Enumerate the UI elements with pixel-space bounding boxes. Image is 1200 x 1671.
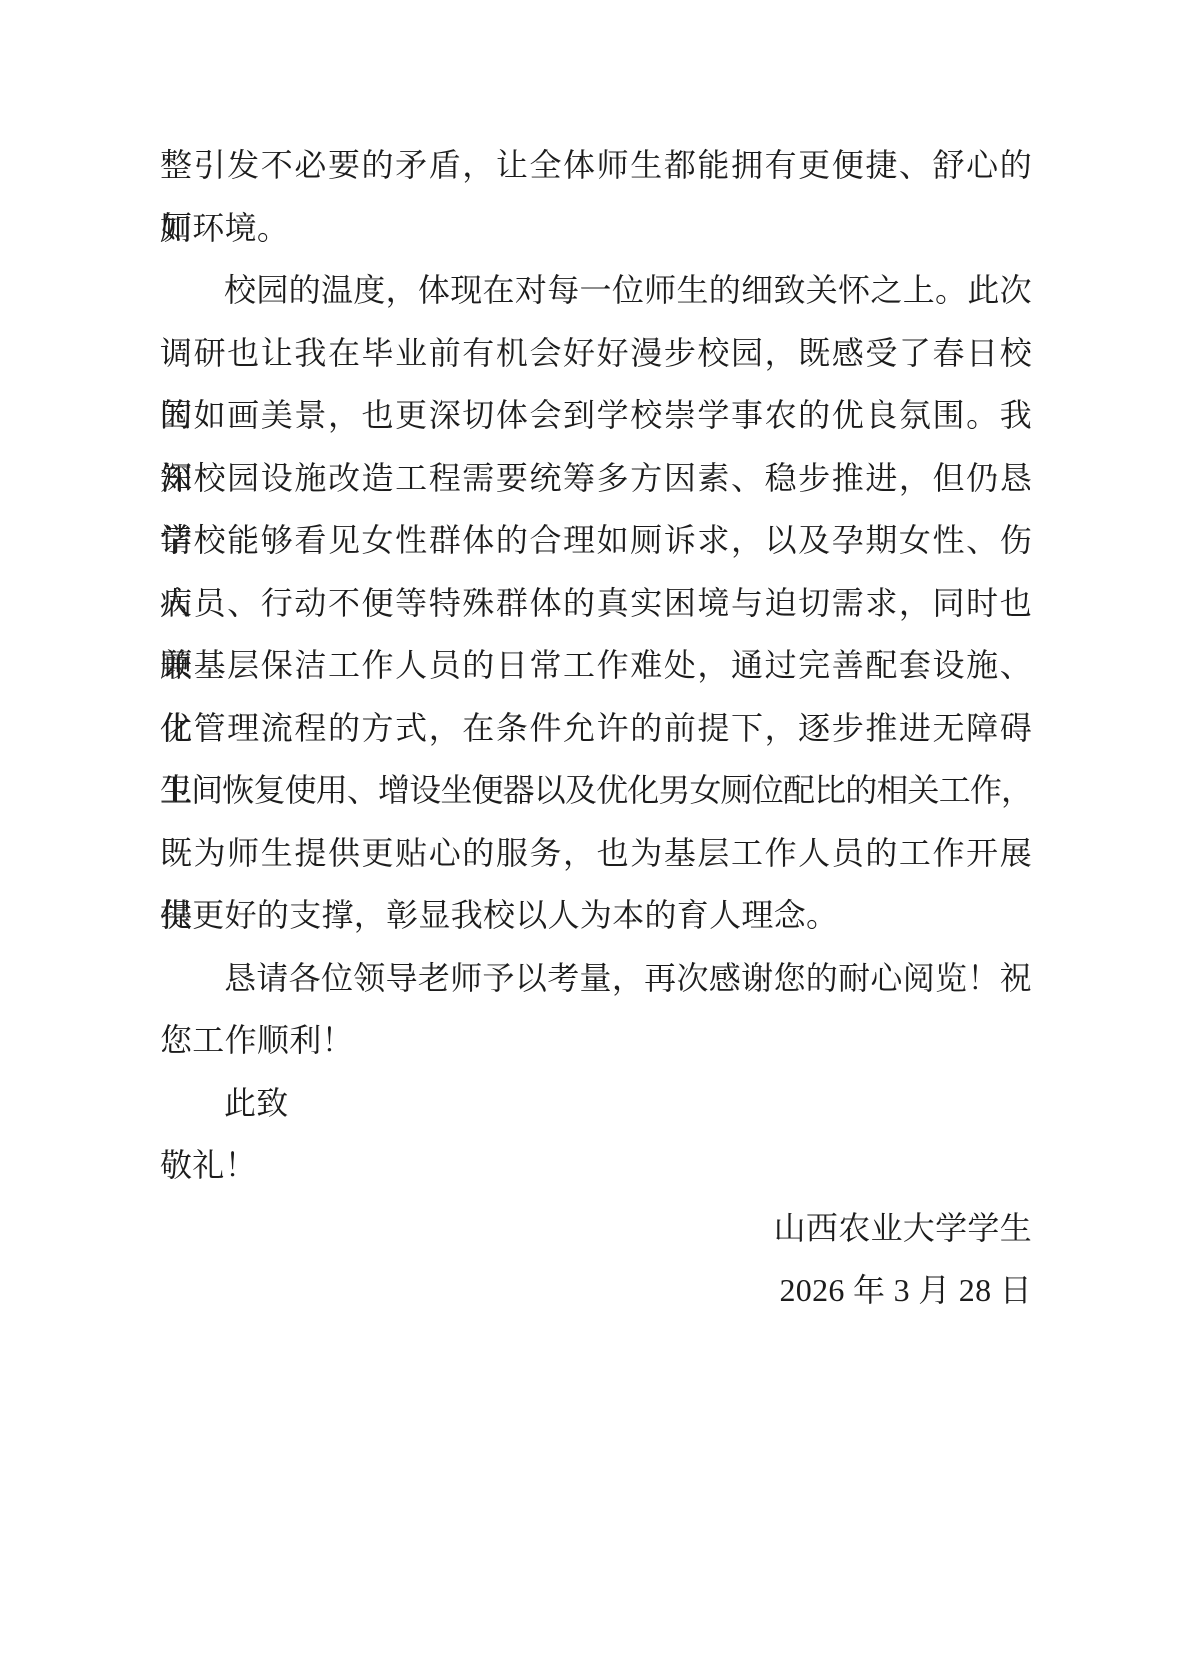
letter-body: 整引发不必要的矛盾，让全体师生都能拥有更便捷、舒心的如厕环境。校园的温度，体现在…: [160, 134, 1032, 1322]
letter-line-body: 您工作顺利！: [160, 1009, 1032, 1072]
letter-line-closing: 此致: [160, 1072, 1032, 1135]
letter-line-body: 校园的温度，体现在对每一位师生的细致关怀之上。此次: [160, 259, 1032, 322]
letter-line-body: 学校能够看见女性群体的合理如厕诉求，以及孕期女性、伤病: [160, 509, 1032, 572]
letter-line-signature: 山西农业大学学生: [160, 1197, 1032, 1260]
letter-line-date: 2026 年 3 月 28 日: [160, 1259, 1032, 1322]
letter-line-body: 整引发不必要的矛盾，让全体师生都能拥有更便捷、舒心的如: [160, 134, 1032, 197]
letter-line-body: 调研也让我在毕业前有机会好好漫步校园，既感受了春日校园: [160, 322, 1032, 385]
letter-line-body: 的如画美景，也更深切体会到学校崇学事农的优良氛围。我深: [160, 384, 1032, 447]
document-page: 整引发不必要的矛盾，让全体师生都能拥有更便捷、舒心的如厕环境。校园的温度，体现在…: [0, 0, 1200, 1671]
letter-line-body: 人员、行动不便等特殊群体的真实困境与迫切需求，同时也兼: [160, 572, 1032, 635]
letter-line-body: 恳请各位领导老师予以考量，再次感谢您的耐心阅览！祝: [160, 947, 1032, 1010]
letter-line-body: 化管理流程的方式，在条件允许的前提下，逐步推进无障碍卫: [160, 697, 1032, 760]
letter-line-body: 顾基层保洁工作人员的日常工作难处，通过完善配套设施、优: [160, 634, 1032, 697]
letter-line-body: 生间恢复使用、增设坐便器以及优化男女厕位配比的相关工作，: [160, 759, 1032, 822]
letter-line-body: 知校园设施改造工程需要统筹多方因素、稳步推进，但仍恳请: [160, 447, 1032, 510]
letter-line-body: 既为师生提供更贴心的服务，也为基层工作人员的工作开展提: [160, 822, 1032, 885]
letter-line-body: 厕环境。: [160, 197, 1032, 260]
letter-line-salute: 敬礼！: [160, 1134, 1032, 1197]
letter-line-body: 供更好的支撑，彰显我校以人为本的育人理念。: [160, 884, 1032, 947]
